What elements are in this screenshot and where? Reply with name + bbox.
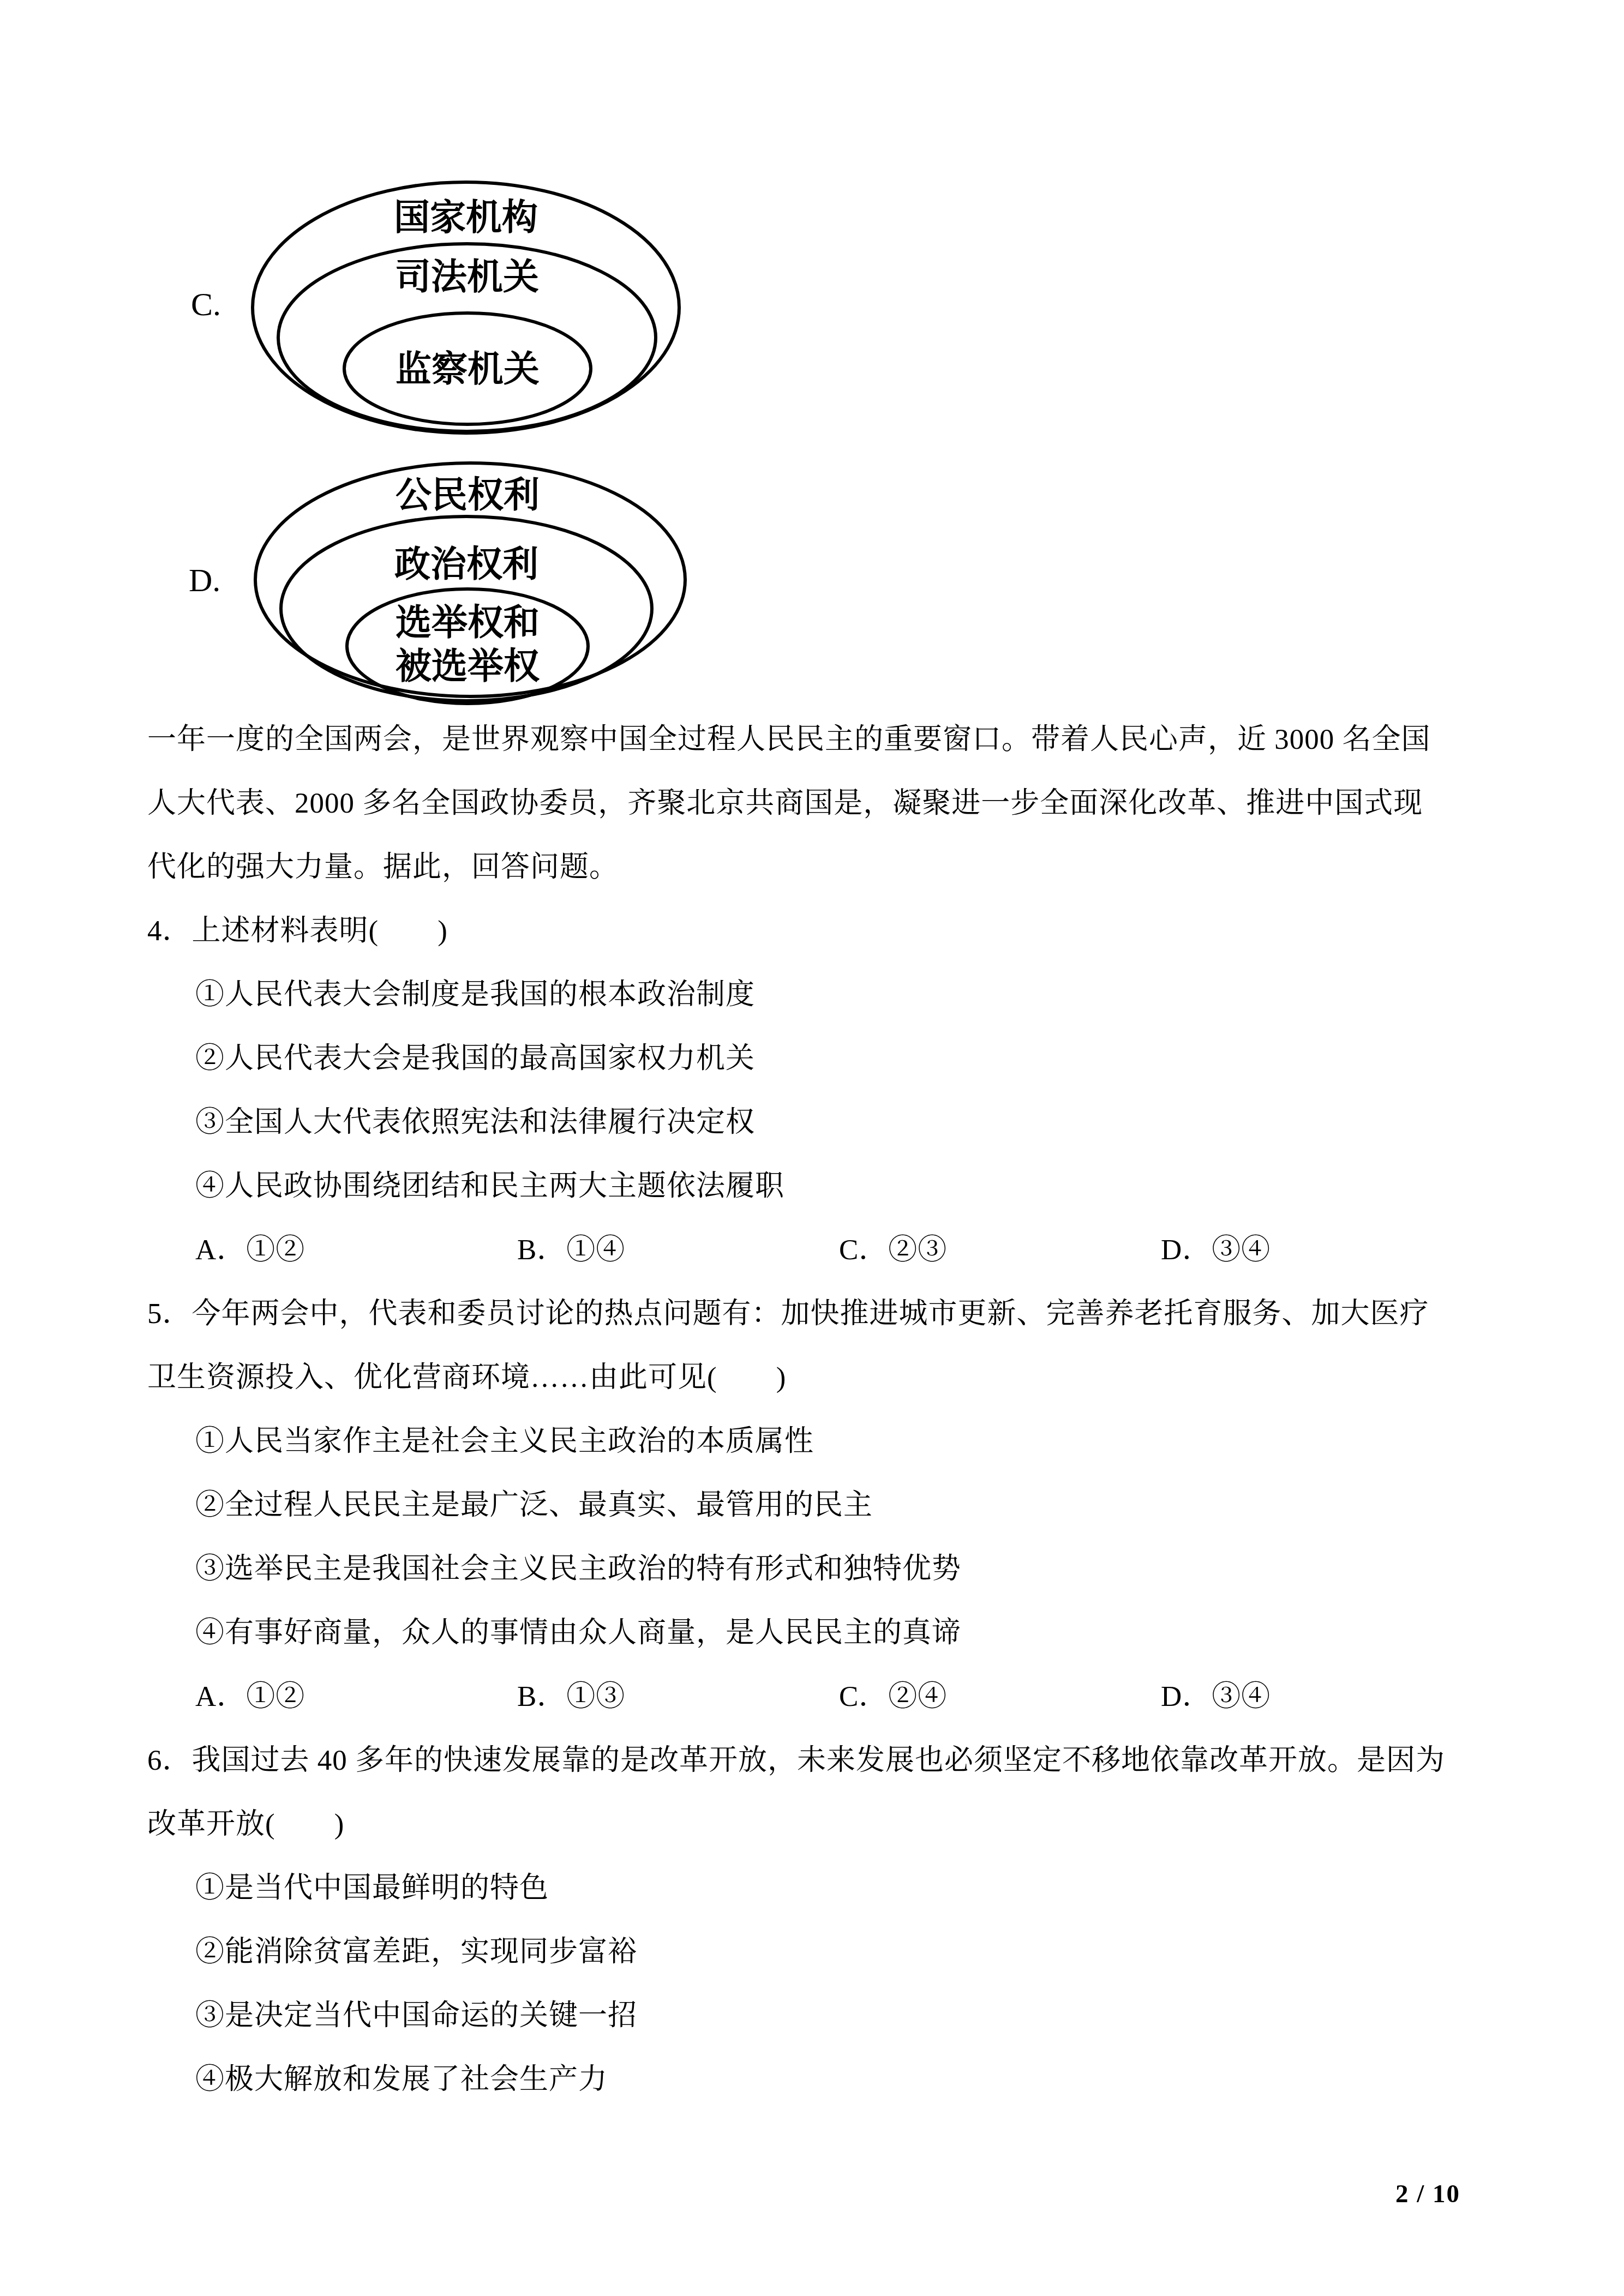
question-6-item-2: ②能消除贫富差距，实现同步富裕 bbox=[147, 1920, 1500, 1984]
question-5-stem-line2: 卫生资源投入、优化营商环境……由此可见( ) bbox=[147, 1346, 1500, 1410]
option-d-label: D. bbox=[189, 564, 220, 597]
diagram-c-outer-label: 国家机构 bbox=[394, 198, 538, 238]
option-c-label: C. bbox=[191, 288, 221, 321]
question-6-item-4: ④极大解放和发展了社会生产力 bbox=[147, 2048, 1500, 2112]
question-5-option-c: C．②④ bbox=[839, 1665, 1161, 1729]
question-6-stem-line1: 6．我国过去 40 多年的快速发展靠的是改革开放，未来发展也必须坚定不移地依靠改… bbox=[147, 1729, 1500, 1793]
question-5-option-b: B．①③ bbox=[517, 1665, 839, 1729]
question-4-option-d: D．③④ bbox=[1161, 1218, 1271, 1282]
question-6-item-3: ③是决定当代中国命运的关键一招 bbox=[147, 1984, 1500, 2048]
question-5-item-3: ③选举民主是我国社会主义民主政治的特有形式和独特优势 bbox=[147, 1537, 1500, 1601]
question-5-item-1: ①人民当家作主是社会主义民主政治的本质属性 bbox=[147, 1410, 1500, 1474]
question-4-option-c: C．②③ bbox=[839, 1218, 1161, 1282]
exam-page: C. 国家机构 司法机关 监察机关 D. 公民权利 政治权利 选举权和 被选举权… bbox=[0, 0, 1624, 2296]
diagram-d-inner-label-line1: 选举权和 bbox=[395, 603, 540, 643]
question-5-options-row: A．①②B．①③C．②④D．③④ bbox=[147, 1665, 1500, 1729]
passage-line: 一年一度的全国两会，是世界观察中国全过程人民民主的重要窗口。带着人民心声，近 3… bbox=[147, 708, 1500, 772]
diagram-d-inner-label-line2: 被选举权 bbox=[395, 647, 540, 687]
question-5-item-4: ④有事好商量，众人的事情由众人商量，是人民民主的真谛 bbox=[147, 1601, 1500, 1665]
question-4-option-a: A．①② bbox=[195, 1218, 517, 1282]
question-4-options-row: A．①②B．①④C．②③D．③④ bbox=[147, 1218, 1500, 1282]
question-5-option-a: A．①② bbox=[195, 1665, 517, 1729]
diagram-c-nested-ellipses: 国家机构 司法机关 监察机关 bbox=[247, 163, 688, 435]
question-4-item-2: ②人民代表大会是我国的最高国家权力机关 bbox=[147, 1027, 1500, 1091]
question-5-stem-line1: 5．今年两会中，代表和委员讨论的热点问题有：加快推进城市更新、完善养老托育服务、… bbox=[147, 1282, 1500, 1346]
question-4-item-3: ③全国人大代表依照宪法和法律履行决定权 bbox=[147, 1091, 1500, 1155]
diagram-d-nested-ellipses: 公民权利 政治权利 选举权和 被选举权 bbox=[247, 453, 688, 714]
diagram-c-middle-label: 司法机关 bbox=[395, 257, 539, 297]
question-5-option-d: D．③④ bbox=[1161, 1665, 1271, 1729]
question-6-item-1: ①是当代中国最鲜明的特色 bbox=[147, 1856, 1500, 1920]
diagram-c-inner-label: 监察机关 bbox=[395, 350, 540, 389]
passage-line: 代化的强大力量。据此，回答问题。 bbox=[147, 836, 1500, 899]
question-4-item-4: ④人民政协围绕团结和民主两大主题依法履职 bbox=[147, 1155, 1500, 1218]
page-number: 2 / 10 bbox=[1395, 2179, 1460, 2209]
question-4-stem: 4．上述材料表明( ) bbox=[147, 899, 1500, 963]
text-flow: 一年一度的全国两会，是世界观察中国全过程人民民主的重要窗口。带着人民心声，近 3… bbox=[147, 708, 1500, 2112]
question-4-item-1: ①人民代表大会制度是我国的根本政治制度 bbox=[147, 963, 1500, 1027]
passage-line: 人大代表、2000 多名全国政协委员，齐聚北京共商国是，凝聚进一步全面深化改革、… bbox=[147, 772, 1500, 836]
question-6-stem-line2: 改革开放( ) bbox=[147, 1793, 1500, 1856]
question-5-item-2: ②全过程人民民主是最广泛、最真实、最管用的民主 bbox=[147, 1474, 1500, 1537]
question-4-option-b: B．①④ bbox=[517, 1218, 839, 1282]
diagram-d-outer-label: 公民权利 bbox=[395, 476, 540, 515]
diagram-d-middle-label: 政治权利 bbox=[394, 545, 538, 585]
